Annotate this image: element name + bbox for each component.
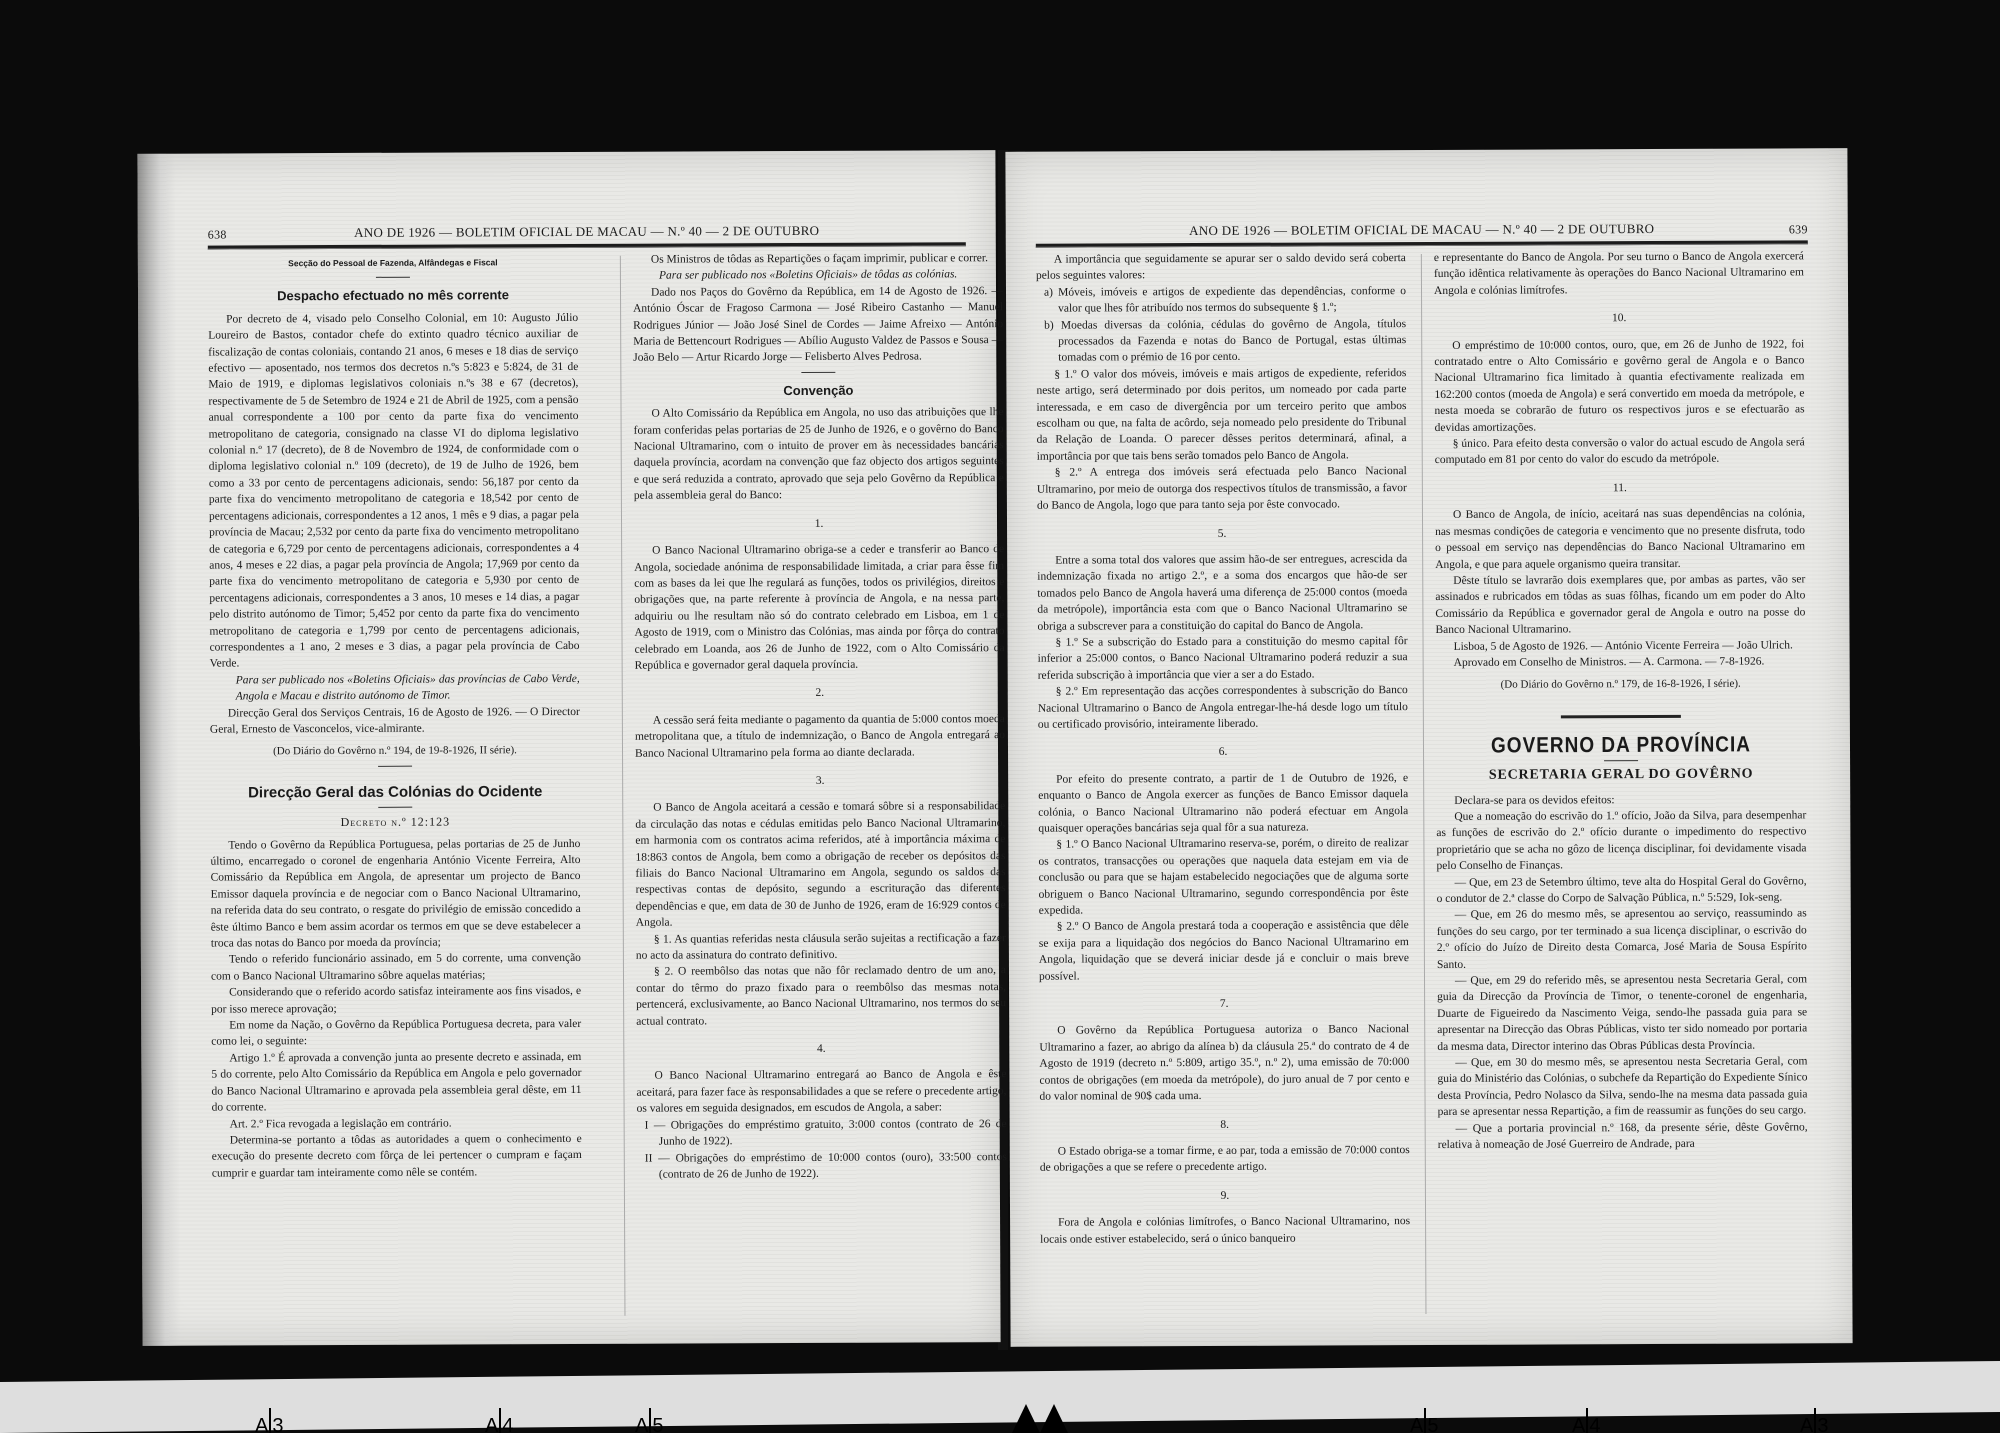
list-item: b) Moedas diversas da colónia, cédulas d… xyxy=(1036,316,1406,367)
paragraph: — Que, em 30 do mesmo mês, se apresentou… xyxy=(1437,1053,1807,1120)
film-marker: A4 xyxy=(485,1408,513,1433)
paragraph: Determina-se portanto a tôdas as autorid… xyxy=(212,1131,582,1182)
paragraph: Art. 2.º Fica revogada a legislação em c… xyxy=(212,1114,582,1132)
publish-note: Para ser publicado nos «Boletins Oficiai… xyxy=(633,267,1003,285)
left-column-1: Secção do Pessoal de Fazenda, Alfândegas… xyxy=(208,252,582,1182)
paragraph: O Banco Nacional Ultramarino obriga-se a… xyxy=(634,541,1005,674)
paragraph: Fora de Angola e colónias limítrofes, o … xyxy=(1040,1213,1410,1247)
section-subheading: SECRETARIA GERAL DO GOVÊRNO xyxy=(1436,767,1806,785)
divider xyxy=(801,372,835,373)
paragraph: O Banco Nacional Ultramarino entregará a… xyxy=(636,1067,1006,1118)
paragraph: O Banco de Angola, de início, aceitará n… xyxy=(1435,506,1805,573)
paragraph: — Que, em 29 do referido mês, se apresen… xyxy=(1437,971,1807,1055)
divider xyxy=(1604,760,1638,761)
right-column-1: A importância que seguidamente se apurar… xyxy=(1036,250,1410,1248)
paragraph: Entre a soma total dos valores que assim… xyxy=(1037,551,1407,635)
list-item: a) Móveis, imóveis e artigos de expedien… xyxy=(1036,283,1406,317)
list-item: II — Obrigações do empréstimo de 10:000 … xyxy=(637,1149,1007,1183)
left-column-2: Os Ministros de tôdas as Repartições o f… xyxy=(633,250,1007,1183)
decree-number: Decreto n.º 12:123 xyxy=(210,813,580,831)
paragraph: § 2. O reembôlso das notas que não fôr r… xyxy=(636,963,1006,1030)
film-marker: A4 xyxy=(1572,1408,1600,1433)
divider xyxy=(378,765,412,766)
paragraph: Declara-se para os devidos efeitos: xyxy=(1436,791,1806,809)
paragraph: O Estado obriga-se a tomar firme, e ao p… xyxy=(1040,1142,1410,1176)
section-heading: Convenção xyxy=(633,382,1003,400)
bulletin-title: ANO DE 1926 — BOLETIM OFICIAL DE MACAU —… xyxy=(1036,220,1808,239)
paragraph: Em nome da Nação, o Govêrno da República… xyxy=(211,1016,581,1050)
paragraph: § 1.º O Banco Nacional Ultramarino reser… xyxy=(1038,835,1408,919)
paragraph: Dêste título se lavrarão dois exemplares… xyxy=(1435,571,1805,638)
paragraph: Por efeito do presente contrato, a parti… xyxy=(1038,770,1408,837)
article-number: 2. xyxy=(635,684,1005,702)
left-page: 638 ANO DE 1926 — BOLETIM OFICIAL DE MAC… xyxy=(137,150,1000,1346)
paragraph: § 2.º Em representação das acções corres… xyxy=(1038,682,1408,733)
navigation-arrows-icon xyxy=(1010,1404,1070,1433)
film-marker: A3 xyxy=(255,1408,283,1433)
film-strip xyxy=(0,1361,2000,1433)
paragraph: Tendo o referido funcionário assinado, e… xyxy=(211,950,581,984)
article-number: 8. xyxy=(1040,1116,1410,1134)
page-binding-shadow xyxy=(137,154,180,1346)
page-number: 639 xyxy=(1789,222,1808,237)
film-marker: A3 xyxy=(1800,1408,1828,1433)
paragraph: § 1. As quantias referidas nesta cláusul… xyxy=(636,930,1006,964)
paragraph: e representante do Banco de Angola. Por … xyxy=(1434,248,1804,299)
source-citation: (Do Diário do Govêrno n.º 194, de 19-8-1… xyxy=(210,742,580,760)
section-heading: Despacho efectuado no mês corrente xyxy=(208,287,578,305)
column-divider xyxy=(620,256,626,1316)
paragraph: Tendo o Govêrno da República Portuguesa,… xyxy=(210,836,580,952)
article-number: 4. xyxy=(636,1040,1006,1058)
right-column-2: e representante do Banco de Angola. Por … xyxy=(1434,248,1808,1153)
column-divider xyxy=(1421,254,1427,1314)
paragraph: § 2.º O Banco de Angola prestará toda a … xyxy=(1039,918,1409,985)
paragraph: § único. Para efeito desta conversão o v… xyxy=(1435,434,1805,468)
divider xyxy=(378,807,412,808)
publish-note: Para ser publicado nos «Boletins Oficiai… xyxy=(210,671,580,705)
section-divider xyxy=(1561,715,1681,719)
article-number: 3. xyxy=(635,772,1005,790)
paragraph: § 1.º Se a subscrição do Estado para a c… xyxy=(1038,633,1408,684)
paragraph: Por decreto de 4, visado pelo Conselho C… xyxy=(208,310,580,673)
paragraph: O Banco de Angola aceitará a cessão e to… xyxy=(635,798,1006,931)
paragraph: Dado nos Paços do Govêrno da República, … xyxy=(633,283,1003,367)
list-item: I — Obrigações do empréstimo gratuito, 3… xyxy=(637,1116,1007,1150)
paragraph: Aprovado em Conselho de Ministros. — A. … xyxy=(1436,653,1806,671)
paragraph: § 2.º A entrega dos imóveis será efectua… xyxy=(1037,463,1407,514)
paragraph: Lisboa, 5 de Agosto de 1926. — António V… xyxy=(1436,637,1806,655)
paragraph: — Que, em 26 do mesmo mês, se apresentou… xyxy=(1437,906,1807,973)
divider xyxy=(376,277,410,278)
film-marker: A5 xyxy=(1410,1408,1438,1433)
article-number: 7. xyxy=(1039,995,1409,1013)
bulletin-title: ANO DE 1926 — BOLETIM OFICIAL DE MACAU —… xyxy=(208,222,966,241)
paragraph: A importância que seguidamente se apurar… xyxy=(1036,250,1406,284)
right-page: ANO DE 1926 — BOLETIM OFICIAL DE MACAU —… xyxy=(1005,148,1852,1347)
paragraph: O empréstimo de 10:000 contos, ouro, que… xyxy=(1434,336,1804,436)
paragraph: O Govêrno da República Portuguesa autori… xyxy=(1039,1022,1409,1106)
article-number: 10. xyxy=(1434,310,1804,328)
paragraph: — Que a portaria provincial n.º 168, da … xyxy=(1438,1119,1808,1153)
paragraph: — Que, em 23 de Setembro último, teve al… xyxy=(1437,873,1807,907)
paragraph: A cessão será feita mediante o pagamento… xyxy=(635,711,1005,762)
article-number: 11. xyxy=(1435,479,1805,497)
paragraph: Considerando que o referido acordo satis… xyxy=(211,983,581,1017)
section-label: Secção do Pessoal de Fazenda, Alfândegas… xyxy=(208,254,578,272)
paragraph: O Alto Comissário da República em Angola… xyxy=(634,404,1004,504)
paragraph: Os Ministros de tôdas as Repartições o f… xyxy=(633,250,1003,268)
section-heading: Direcção Geral das Colónias do Ocidente xyxy=(210,784,580,802)
article-number: 1. xyxy=(634,515,1004,533)
signature: Direcção Geral dos Serviços Centrais, 16… xyxy=(210,704,580,738)
paragraph: § 1.º O valor dos móveis, imóveis e mais… xyxy=(1036,365,1406,465)
paragraph: Artigo 1.º É aprovada a convenção junta … xyxy=(211,1049,581,1116)
article-number: 5. xyxy=(1037,525,1407,543)
article-number: 6. xyxy=(1038,743,1408,761)
paragraph: Que a nomeação do escrivão do 1.º ofício… xyxy=(1436,807,1806,874)
article-number: 9. xyxy=(1040,1187,1410,1205)
film-marker: A5 xyxy=(635,1408,663,1433)
source-citation: (Do Diário do Govêrno n.º 179, de 16-8-1… xyxy=(1436,676,1806,694)
section-heading: GOVERNO DA PROVÍNCIA xyxy=(1436,736,1806,756)
